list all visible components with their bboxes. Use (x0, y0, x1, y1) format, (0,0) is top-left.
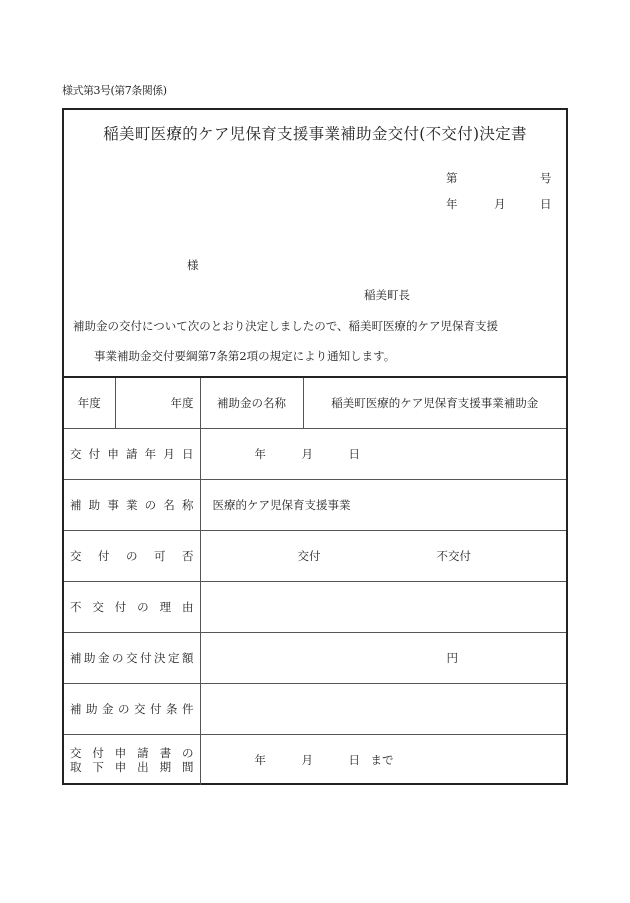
withdrawal-period-value[interactable]: 年 月 日 まで (200, 735, 566, 786)
application-date-label: 交付申請年月日 (64, 429, 200, 480)
table-row-application-date: 交付申請年月日 年 月 日 (64, 429, 566, 480)
project-name-value: 医療的ケア児保育支援事業 (200, 480, 566, 531)
form-number: 様式第3号(第7条関係) (62, 82, 167, 98)
conditions-value[interactable] (200, 684, 566, 735)
issue-date-day: 日 (540, 196, 552, 212)
approval-label: 交付の可否 (64, 531, 200, 582)
option-grant[interactable]: 交付 (298, 548, 321, 564)
addressee-suffix: 様 (187, 257, 199, 273)
subsidy-name-value: 稲美町医療的ケア児保育支援事業補助金 (303, 378, 566, 429)
approval-value: 交付 不交付 (200, 531, 566, 582)
conditions-label: 補助金の交付条件 (64, 684, 200, 735)
decision-document-frame: 稲美町医療的ケア児保育支援事業補助金交付(不交付)決定書 第 号 年 月 日 様… (62, 108, 568, 785)
issue-date-month: 月 (494, 196, 506, 212)
doc-number-prefix: 第 (446, 170, 458, 186)
fiscal-year-value[interactable]: 年度 (115, 378, 200, 429)
body-text-line1: 補助金の交付について次のとおり決定しましたので、稲美町医療的ケア児保育支援 (73, 318, 498, 334)
table-row-project-name: 補助事業の名称 医療的ケア児保育支援事業 (64, 480, 566, 531)
project-name-label: 補助事業の名称 (64, 480, 200, 531)
table-row-fiscal-year: 年度 年度 補助金の名称 稲美町医療的ケア児保育支援事業補助金 (64, 378, 566, 429)
table-row-rejection-reason: 不交付の理由 (64, 582, 566, 633)
option-no-grant[interactable]: 不交付 (437, 548, 472, 564)
document-header: 稲美町医療的ケア児保育支援事業補助金交付(不交付)決定書 第 号 年 月 日 様… (64, 110, 566, 378)
table-row-conditions: 補助金の交付条件 (64, 684, 566, 735)
subsidy-name-label: 補助金の名称 (200, 378, 303, 429)
decided-amount-value[interactable]: 円 (200, 633, 566, 684)
table-row-approval: 交付の可否 交付 不交付 (64, 531, 566, 582)
decision-table: 年度 年度 補助金の名称 稲美町医療的ケア児保育支援事業補助金 交付申請年月日 … (64, 378, 566, 785)
fiscal-year-label: 年度 (64, 378, 115, 429)
decided-amount-label: 補助金の交付決定額 (64, 633, 200, 684)
rejection-reason-value[interactable] (200, 582, 566, 633)
withdrawal-period-label: 交付申請書の 取下申出期間 (64, 735, 200, 786)
doc-number-suffix: 号 (540, 170, 552, 186)
yen-unit: 円 (447, 650, 459, 666)
rejection-reason-label: 不交付の理由 (64, 582, 200, 633)
body-text-line2: 事業補助金交付要綱第7条第2項の規定により通知します。 (94, 348, 395, 364)
issue-date-year: 年 (446, 196, 458, 212)
document-title: 稲美町医療的ケア児保育支援事業補助金交付(不交付)決定書 (64, 122, 566, 144)
table-row-decided-amount: 補助金の交付決定額 円 (64, 633, 566, 684)
issuer-name: 稲美町長 (364, 287, 410, 303)
application-date-value[interactable]: 年 月 日 (200, 429, 566, 480)
table-row-withdrawal-period: 交付申請書の 取下申出期間 年 月 日 まで (64, 735, 566, 786)
